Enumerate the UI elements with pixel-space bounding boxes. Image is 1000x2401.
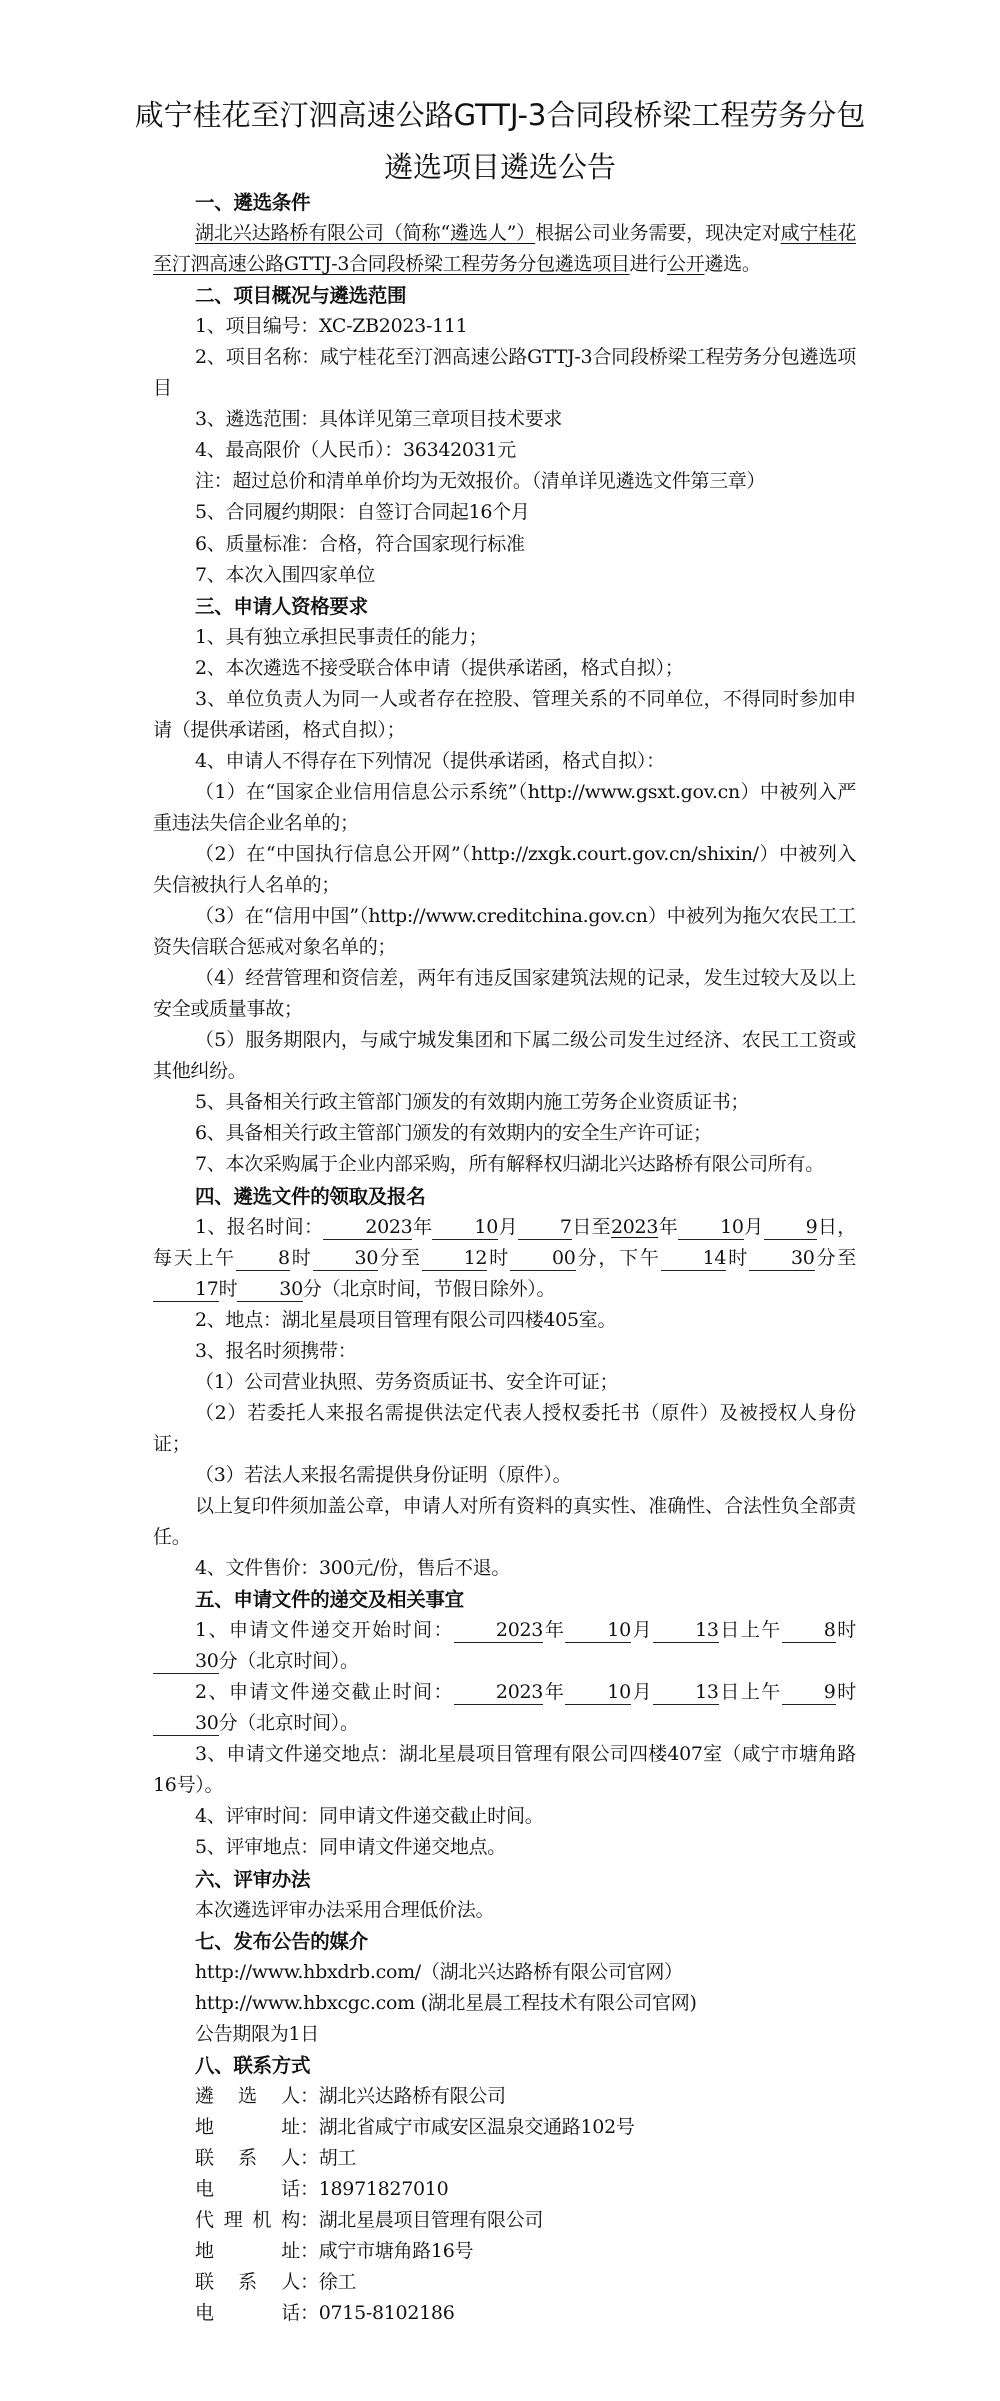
contact-value: 咸宁市塘角路16号 xyxy=(319,2240,473,2262)
contact-value: 湖北省咸宁市咸安区温泉交通路102号 xyxy=(319,2116,635,2138)
project-item: 7、本次入围四家单位 xyxy=(153,560,856,591)
text: 时 xyxy=(836,1681,856,1703)
close-minute: 30 xyxy=(153,1711,219,1736)
requirement-item: 3、单位负责人为同一人或者存在控股、管理关系的不同单位，不得同时参加申请（提供承… xyxy=(153,684,856,746)
project-item: 5、合同履约期限：自签订合同起16个月 xyxy=(153,497,856,528)
text: ： xyxy=(300,2240,319,2262)
doc-title-line1: 咸宁桂花至汀泗高速公路GTTJ-3合同段桥梁工程劳务分包 xyxy=(0,93,1000,134)
signup-time: 1、报名时间：2023年10月7日至2023年10月9日，每天上午8时30分至1… xyxy=(153,1212,856,1305)
media-desc: （湖北兴达路桥有限公司官网） xyxy=(421,1961,683,1983)
media-link[interactable]: http://www.hbxcgc.com xyxy=(195,1992,421,2014)
open-year: 2023 xyxy=(454,1618,543,1643)
contact-value: 胡工 xyxy=(319,2147,356,2169)
open-hour: 8 xyxy=(782,1618,836,1643)
text: 年 xyxy=(658,1216,678,1238)
signup-end-year: 2023 xyxy=(611,1216,658,1238)
submission-item: 5、评审地点：同申请文件递交地点。 xyxy=(153,1832,856,1863)
label: 1、申请文件递交开始时间： xyxy=(195,1619,454,1641)
contact-value: 18971827010 xyxy=(319,2178,449,2200)
contact-label: 电话 xyxy=(195,2298,300,2329)
am-end-hour: 12 xyxy=(422,1246,488,1271)
close-day: 13 xyxy=(653,1680,719,1705)
text: ： xyxy=(300,2085,319,2107)
signup-item: 3、报名时须携带： xyxy=(153,1336,856,1367)
submission-close-time: 2、申请文件递交截止时间：2023年10月13日上午9时30分（北京时间）。 xyxy=(153,1677,856,1739)
section-heading-5: 五、申请文件的递交及相关事宜 xyxy=(153,1584,856,1615)
text: ： xyxy=(300,2147,319,2169)
submission-open-time: 1、申请文件递交开始时间：2023年10月13日上午8时30分（北京时间）。 xyxy=(153,1615,856,1677)
pm-start-hour: 14 xyxy=(661,1246,727,1271)
text: 分 xyxy=(303,1278,322,1300)
contact-value: 徐工 xyxy=(319,2271,356,2293)
pm-end-hour: 17 xyxy=(153,1277,219,1302)
text: （北京时间）。 xyxy=(237,1650,358,1672)
signup-note: 以上复印件须加盖公章，申请人对所有资料的真实性、准确性、合法性负全部责任。 xyxy=(153,1491,856,1553)
section-heading-2: 二、项目概况与遴选范围 xyxy=(153,280,856,311)
project-item: 3、遴选范围：具体详见第三章项目技术要求 xyxy=(153,404,856,435)
contact-label: 地址 xyxy=(195,2112,300,2143)
text: 进行 xyxy=(630,253,667,275)
text: 月 xyxy=(631,1619,653,1641)
text: 时 xyxy=(836,1619,856,1641)
open-day: 13 xyxy=(653,1618,719,1643)
contact-value: 湖北星晨项目管理有限公司 xyxy=(319,2209,543,2231)
requirement-subitem: （3）在“信用中国”（http://www.creditchina.gov.cn… xyxy=(153,901,856,963)
text: 时 xyxy=(726,1247,749,1269)
notice-period: 公告期限为1日 xyxy=(153,2019,856,2050)
text: 分至 xyxy=(378,1247,422,1269)
text: 年 xyxy=(412,1216,432,1238)
open-month: 10 xyxy=(565,1618,631,1643)
requirement-item: 4、申请人不得存在下列情况（提供承诺函，格式自拟）： xyxy=(153,746,856,777)
contact-row: 联系人：徐工 xyxy=(153,2267,856,2298)
media-item: http://www.hbxcgc.com (湖北星晨工程技术有限公司官网) xyxy=(153,1988,856,2019)
signup-subitem: （3）若法人来报名需提供身份证明（原件）。 xyxy=(153,1460,856,1491)
media-item: http://www.hbxdrb.com/（湖北兴达路桥有限公司官网） xyxy=(153,1957,856,1988)
close-month: 10 xyxy=(565,1680,631,1705)
media-link[interactable]: http://www.hbxdrb.com/ xyxy=(195,1961,421,1983)
close-year: 2023 xyxy=(454,1680,543,1705)
evaluation-method: 本次遴选评审办法采用合理低价法。 xyxy=(153,1895,856,1926)
contact-value: 湖北兴达路桥有限公司 xyxy=(319,2085,506,2107)
selection-mode: 公开 xyxy=(667,253,704,275)
submission-item: 4、评审时间：同申请文件递交截止时间。 xyxy=(153,1801,856,1832)
contact-row: 电话：0715-8102186 xyxy=(153,2298,856,2329)
buyer-name: 湖北兴达路桥有限公司（简称“遴选人”） xyxy=(195,222,535,244)
contact-row: 代理机构：湖北星晨项目管理有限公司 xyxy=(153,2205,856,2236)
am-start-hour: 8 xyxy=(236,1246,290,1271)
label: 1、报名时间： xyxy=(195,1216,323,1238)
signup-start-month: 10 xyxy=(432,1215,498,1240)
requirement-item: 1、具有独立承担民事责任的能力； xyxy=(153,622,856,653)
signup-start-year: 2023 xyxy=(323,1215,412,1240)
close-hour: 9 xyxy=(782,1680,836,1705)
requirement-item: 2、本次遴选不接受联合体申请（提供承诺函，格式自拟）； xyxy=(153,653,856,684)
section-heading-6: 六、评审办法 xyxy=(153,1864,856,1895)
text: 分至 xyxy=(815,1247,856,1269)
requirement-item: 7、本次采购属于企业内部采购，所有解释权归湖北兴达路桥有限公司所有。 xyxy=(153,1149,856,1180)
requirement-subitem: （1）在“国家企业信用信息公示系统”（http://www.gsxt.gov.c… xyxy=(153,777,856,839)
contact-label: 遴选人 xyxy=(195,2081,300,2112)
section-heading-4: 四、遴选文件的领取及报名 xyxy=(153,1181,856,1212)
text: 时 xyxy=(290,1247,313,1269)
label: 2、申请文件递交截止时间： xyxy=(195,1681,454,1703)
doc-title-line2: 遴选项目遴选公告 xyxy=(0,145,1000,186)
signup-item: 4、文件售价：300元/份，售后不退。 xyxy=(153,1553,856,1584)
text: 分，下午 xyxy=(576,1247,661,1269)
contact-row: 地址：湖北省咸宁市咸安区温泉交通路102号 xyxy=(153,2112,856,2143)
contact-row: 地址：咸宁市塘角路16号 xyxy=(153,2236,856,2267)
text: 时 xyxy=(219,1278,238,1300)
signup-end-day: 9 xyxy=(764,1215,818,1240)
am-start-minute: 30 xyxy=(313,1246,379,1271)
open-minute: 30 xyxy=(153,1649,219,1674)
text: 遴选。 xyxy=(704,253,760,275)
text: 月 xyxy=(498,1216,518,1238)
pm-end-minute: 30 xyxy=(237,1277,303,1302)
pm-start-minute: 30 xyxy=(749,1246,815,1271)
text: ： xyxy=(300,2302,319,2324)
text: 月 xyxy=(744,1216,764,1238)
text: ： xyxy=(300,2116,319,2138)
text: 日上午 xyxy=(719,1619,782,1641)
section-heading-1: 一、遴选条件 xyxy=(153,187,856,218)
text: 分 xyxy=(219,1712,238,1734)
am-end-minute: 00 xyxy=(510,1246,576,1271)
signup-start-day: 7 xyxy=(518,1215,572,1240)
text: ： xyxy=(300,2271,319,2293)
text: 年 xyxy=(543,1681,565,1703)
requirement-item: 5、具备相关行政主管部门颁发的有效期内施工劳务企业资质证书； xyxy=(153,1087,856,1118)
contact-label: 联系人 xyxy=(195,2143,300,2174)
contact-label: 地址 xyxy=(195,2236,300,2267)
text: 日至 xyxy=(572,1216,611,1238)
text: （北京时间）。 xyxy=(237,1712,358,1734)
text: 时 xyxy=(487,1247,510,1269)
text: 日上午 xyxy=(719,1681,782,1703)
text: 根据公司业务需要，现决定对 xyxy=(535,222,780,244)
signup-end-month: 10 xyxy=(678,1215,744,1240)
section-1-paragraph: 湖北兴达路桥有限公司（简称“遴选人”）根据公司业务需要，现决定对咸宁桂花至汀泗高… xyxy=(153,218,856,280)
text: 月 xyxy=(631,1681,653,1703)
section-heading-8: 八、联系方式 xyxy=(153,2050,856,2081)
requirement-subitem: （5）服务期限内，与咸宁城发集团和下属二级公司发生过经济、农民工工资或其他纠纷。 xyxy=(153,1025,856,1087)
contact-row: 电话：18971827010 xyxy=(153,2174,856,2205)
submission-item: 3、申请文件递交地点：湖北星晨项目管理有限公司四楼407室（咸宁市塘角路16号）… xyxy=(153,1739,856,1801)
project-item: 4、最高限价（人民币）：36342031元 xyxy=(153,435,856,466)
contact-row: 遴选人：湖北兴达路桥有限公司 xyxy=(153,2081,856,2112)
text: （北京时间，节假日除外）。 xyxy=(322,1278,556,1300)
announcement-body: 一、遴选条件 湖北兴达路桥有限公司（简称“遴选人”）根据公司业务需要，现决定对咸… xyxy=(153,187,856,2329)
requirement-item: 6、具备相关行政主管部门颁发的有效期内的安全生产许可证； xyxy=(153,1118,856,1149)
text: ： xyxy=(300,2209,319,2231)
signup-subitem: （1）公司营业执照、劳务资质证书、安全许可证； xyxy=(153,1367,856,1398)
text: 年 xyxy=(543,1619,565,1641)
signup-subitem: （2）若委托人来报名需提供法定代表人授权委托书（原件）及被授权人身份证； xyxy=(153,1398,856,1460)
signup-item: 2、地点：湖北星晨项目管理有限公司四楼405室。 xyxy=(153,1305,856,1336)
requirement-subitem: （2）在“中国执行信息公开网”（http://zxgk.court.gov.cn… xyxy=(153,839,856,901)
media-desc: (湖北星晨工程技术有限公司官网) xyxy=(421,1992,697,2014)
contact-label: 联系人 xyxy=(195,2267,300,2298)
requirement-subitem: （4）经营管理和资信差，两年有违反国家建筑法规的记录，发生过较大及以上安全或质量… xyxy=(153,963,856,1025)
contact-value: 0715-8102186 xyxy=(319,2302,455,2324)
text: 分 xyxy=(219,1650,238,1672)
project-note: 注：超过总价和清单单价均为无效报价。（清单详见遴选文件第三章） xyxy=(153,466,856,497)
project-item: 1、项目编号：XC-ZB2023-111 xyxy=(153,311,856,342)
contact-label: 代理机构 xyxy=(195,2205,300,2236)
project-item: 6、质量标准：合格，符合国家现行标准 xyxy=(153,529,856,560)
project-item: 2、项目名称：咸宁桂花至汀泗高速公路GTTJ-3合同段桥梁工程劳务分包遴选项目 xyxy=(153,342,856,404)
section-heading-7: 七、发布公告的媒介 xyxy=(153,1926,856,1957)
section-heading-3: 三、申请人资格要求 xyxy=(153,591,856,622)
contact-label: 电话 xyxy=(195,2174,300,2205)
contact-row: 联系人：胡工 xyxy=(153,2143,856,2174)
text: ： xyxy=(300,2178,319,2200)
